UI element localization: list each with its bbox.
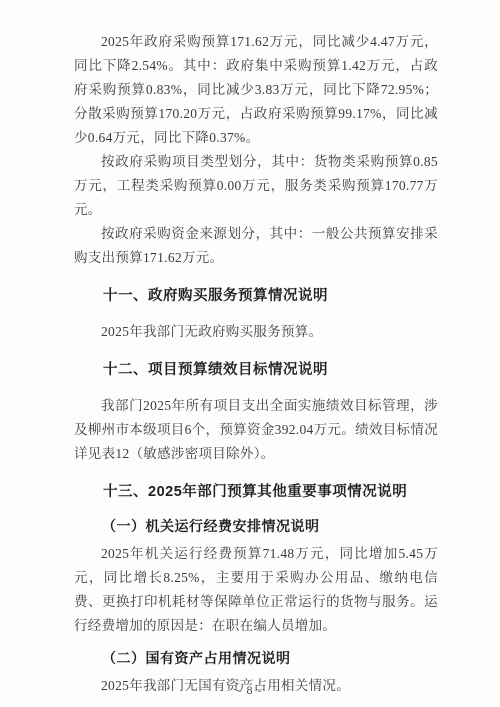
body-paragraph: 2025年机关运行经费预算71.48万元，同比增加5.45万元，同比增长8.25… [74,542,438,638]
body-paragraph: 按政府采购资金来源划分，其中：一般公共预算安排采购支出预算171.62万元。 [74,222,438,270]
section-subheading: （一）机关运行经费安排情况说明 [74,516,438,540]
body-paragraph: 我部门2025年所有项目支出全面实施绩效目标管理，涉及柳州市本级项目6个，预算资… [74,394,438,466]
document-body: 2025年政府采购预算171.62万元，同比减少4.47万元，同比下降2.54%… [74,30,438,698]
section-heading: 十二、项目预算绩效目标情况说明 [74,358,438,382]
body-paragraph: 2025年我部门无政府购买服务预算。 [74,320,438,344]
page-number: - 8 - [0,683,500,698]
body-paragraph: 2025年政府采购预算171.62万元，同比减少4.47万元，同比下降2.54%… [74,30,438,150]
section-subheading: （二）国有资产占用情况说明 [74,648,438,672]
document-page: 2025年政府采购预算171.62万元，同比减少4.47万元，同比下降2.54%… [0,0,500,707]
section-heading: 十一、政府购买服务预算情况说明 [74,284,438,308]
section-heading: 十三、2025年部门预算其他重要事项情况说明 [74,480,438,504]
body-paragraph: 按政府采购项目类型划分，其中：货物类采购预算0.85万元，工程类采购预算0.00… [74,150,438,222]
